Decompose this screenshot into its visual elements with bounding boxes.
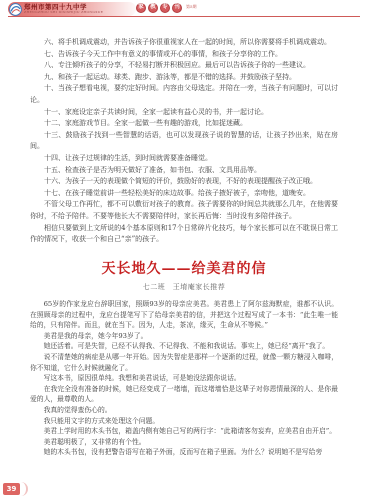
article-paragraph: 她还活着。可是失智，已经不认得我、不记得我、不能和我说话。事实上，她已经“离开”… (30, 341, 338, 352)
tips-closing-paragraph: 不管父母工作再忙，都不可以敷衍对孩子的教育。孩子需要你的时间总共就那么几年，在他… (30, 199, 338, 222)
article-section: 天长地久——给美君的信 七二班 王堉庵家长推荐 65岁的作家龙应台辞职回家，照顾… (30, 258, 338, 458)
article-title: 天长地久——给美君的信 (30, 258, 338, 278)
tips-closing-paragraph: 相信只要做到上文所说的4个基本原则和17个日常碎片化技巧，每个家长都可以在不耽误… (30, 223, 338, 246)
badge-circle: 专 (160, 3, 170, 13)
article-body: 65岁的作家龙应台辞职回家，照顾93岁的母亲应美君。美君患上了阿尔兹海默症，谁都… (30, 299, 338, 458)
tip-item: 十、当孩子想看电视，要约定好时间。内容由父母选定。并陪在一旁，当孩子有问题时，可… (30, 83, 338, 106)
tip-item: 十四、让孩子过规律的生活，到时间就需要准备睡觉。 (30, 153, 338, 165)
page-number-arc-decoration (21, 482, 28, 496)
article-paragraph: 说不清楚她的病症是从哪一年开始。因为失智症是那样一个逐渐的过程，就像一颗方糖浸入… (30, 352, 338, 373)
article-paragraph: 写这本书，原因很单纯。我想和美君说话，可是她没法跟你说话。 (30, 373, 338, 384)
badge-circle: 教 (148, 3, 158, 13)
issue-label: 第5期 (186, 5, 216, 10)
tip-item: 十六、为孩子一天的表现做个简短的评价，鼓励好的表现，不好的表现提醒孩子改正哦。 (30, 176, 338, 188)
tips-section: 六、将手机调成震动，并告诉孩子你很重视家人在一起的时间，所以你需要将手机调成震动… (30, 37, 338, 246)
school-title-block: 郑州市第四十九中学 ZHENGZHOU SHI DISISHIJIU ZHONG… (24, 4, 112, 14)
school-logo-icon (9, 3, 22, 16)
magazine-page: 郑州市第四十九中学 ZHENGZHOU SHI DISISHIJIU ZHONG… (0, 0, 368, 500)
article-paragraph: 美君聪明极了，又非常的有个性。 (30, 437, 338, 448)
article-paragraph: 她的木头书包，没有把警告语写在箱子外面，反而写在箱子里面。为什么？说明她不是写给… (30, 447, 338, 458)
tip-item: 七、告诉孩子今天工作中有意义的事情或开心的事情，和孩子分享你的工作。 (30, 49, 338, 61)
header-badges: 家 教 专 刊 (136, 3, 182, 13)
header-banner: 郑州市第四十九中学 ZHENGZHOU SHI DISISHIJIU ZHONG… (8, 2, 136, 16)
article-byline: 七二班 王堉庵家长推荐 (30, 282, 338, 292)
tip-item: 十七、在孩子睡觉前讲一些轻松美好的床边故事。给孩子掖好被子，亲吻他，道晚安。 (30, 188, 338, 200)
tip-item: 八、专注倾听孩子的分享，不轻易打断并积极回应。最后可以告诉孩子你的一些建议。 (30, 60, 338, 72)
tip-item: 十二、家庭游戏节目。全家一起做一些有趣的游戏，比如捉迷藏。 (30, 118, 338, 130)
article-paragraph: 我只能用文字的方式来处理这个问题。 (30, 416, 338, 427)
school-pinyin: ZHENGZHOU SHI DISISHIJIU ZHONGXUE (24, 11, 103, 14)
page-header: 郑州市第四十九中学 ZHENGZHOU SHI DISISHIJIU ZHONG… (8, 2, 360, 18)
tip-item: 九、和孩子一起运动。球类、跑步、游泳等，都是不错的选择。并鼓励孩子坚持。 (30, 72, 338, 84)
article-paragraph: 65岁的作家龙应台辞职回家，照顾93岁的母亲应美君。美君患上了阿尔兹海默症，谁都… (30, 299, 338, 331)
badge-circle: 家 (136, 3, 146, 13)
article-paragraph: 美君上学时用的木头书包，箱盖内侧有她自己写的两行字：“此箱请客勿妄弃，应美君自由… (30, 426, 338, 437)
page-number-badge: 39 (3, 483, 20, 495)
header-divider (8, 16, 360, 17)
article-paragraph: 在我完全没有准备的时候，她已经变成了一堵墙，而这堵墙恰是这辈子对你恩情最深的人、… (30, 384, 338, 405)
tip-item: 十一、家庭设定亲子共读时间，全家一起读有益心灵的书，并一起讨论。 (30, 107, 338, 119)
tip-item: 十三、鼓励孩子找到一些智慧的话语，也可以发现孩子说的智慧的话，让孩子抄出来，贴在… (30, 130, 338, 153)
badge-circle: 刊 (172, 3, 182, 13)
article-paragraph: 美君是我的母亲，她今年93岁了。 (30, 331, 338, 342)
tip-item: 六、将手机调成震动，并告诉孩子你很重视家人在一起的时间，所以你需要将手机调成震动… (30, 37, 338, 49)
article-paragraph: 我真的觉得蛮伤心的。 (30, 405, 338, 416)
tip-item: 十五、检查孩子是否为明天做好了准备，如书包、衣服、文具用品等。 (30, 165, 338, 177)
